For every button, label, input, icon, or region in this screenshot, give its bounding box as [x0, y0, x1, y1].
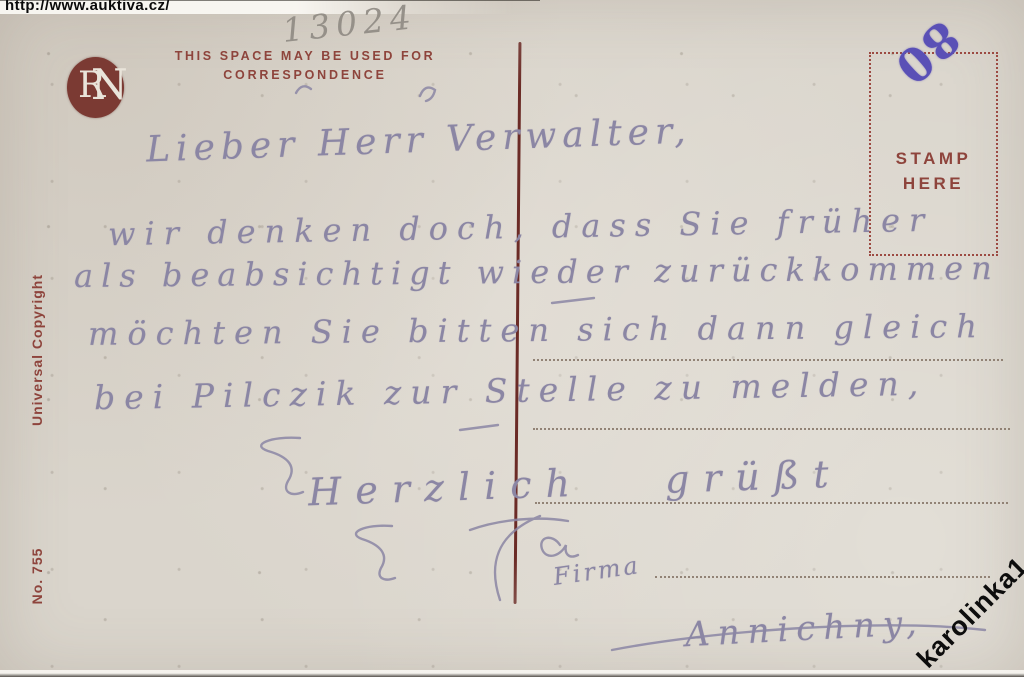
- card-number-label: No. 755: [29, 538, 45, 614]
- seller-id-watermark: karolinka1: [911, 551, 1024, 674]
- handwriting-line-salutation: Lieber Herr Verwalter,: [145, 110, 692, 170]
- handwriting-firma: Firma: [551, 551, 642, 591]
- correspondence-header-line2: CORRESPONDENCE: [166, 68, 444, 82]
- monogram-letter-n: N: [91, 64, 128, 106]
- correspondence-header-line1: THIS SPACE MAY BE USED FOR: [166, 49, 444, 63]
- flourish-zeta-2: [356, 526, 395, 580]
- address-dotted-line-4: [655, 576, 990, 578]
- flourish-underbar-zu: [460, 425, 498, 430]
- address-dotted-line-1: [533, 359, 1003, 361]
- postcard-back-scan: http://www.auktiva.cz/ 13024 R N THIS SP…: [0, 0, 1024, 677]
- handwriting-line-3: als beabsichtigt wieder zurückkommen: [74, 249, 1000, 295]
- publisher-monogram-logo: R N: [67, 57, 124, 118]
- universal-copyright-label: Universal Copyright: [29, 267, 45, 433]
- handwriting-line-closing: Herzlich grüßt: [307, 452, 843, 515]
- address-dotted-line-2: [533, 428, 1010, 430]
- handwriting-line-5: bei Pilczik zur Stelle zu melden,: [94, 364, 928, 418]
- scan-bottom-edge: [0, 670, 1024, 677]
- handwriting-line-4: möchten Sie bitten sich dann gleich: [88, 307, 986, 353]
- flourish-underbar-zurueck: [552, 298, 594, 303]
- flourish-alpha-mark: [541, 538, 578, 557]
- stamp-here-label: STAMP HERE: [871, 147, 996, 196]
- flourish-umlaut-mark-1: [296, 86, 311, 93]
- handwriting-signature: Annichny,: [684, 603, 925, 655]
- flourish-zeta-1: [261, 438, 303, 494]
- flourish-umlaut-mark-2: [420, 88, 435, 101]
- flourish-cross-bar: [470, 519, 568, 530]
- flourish-cross-stroke: [495, 516, 540, 600]
- auction-url-watermark: http://www.auktiva.cz/: [5, 0, 170, 14]
- handwriting-line-2: wir denken doch, dass Sie früher: [108, 201, 934, 253]
- correspondence-header: THIS SPACE MAY BE USED FOR CORRESPONDENC…: [166, 49, 444, 82]
